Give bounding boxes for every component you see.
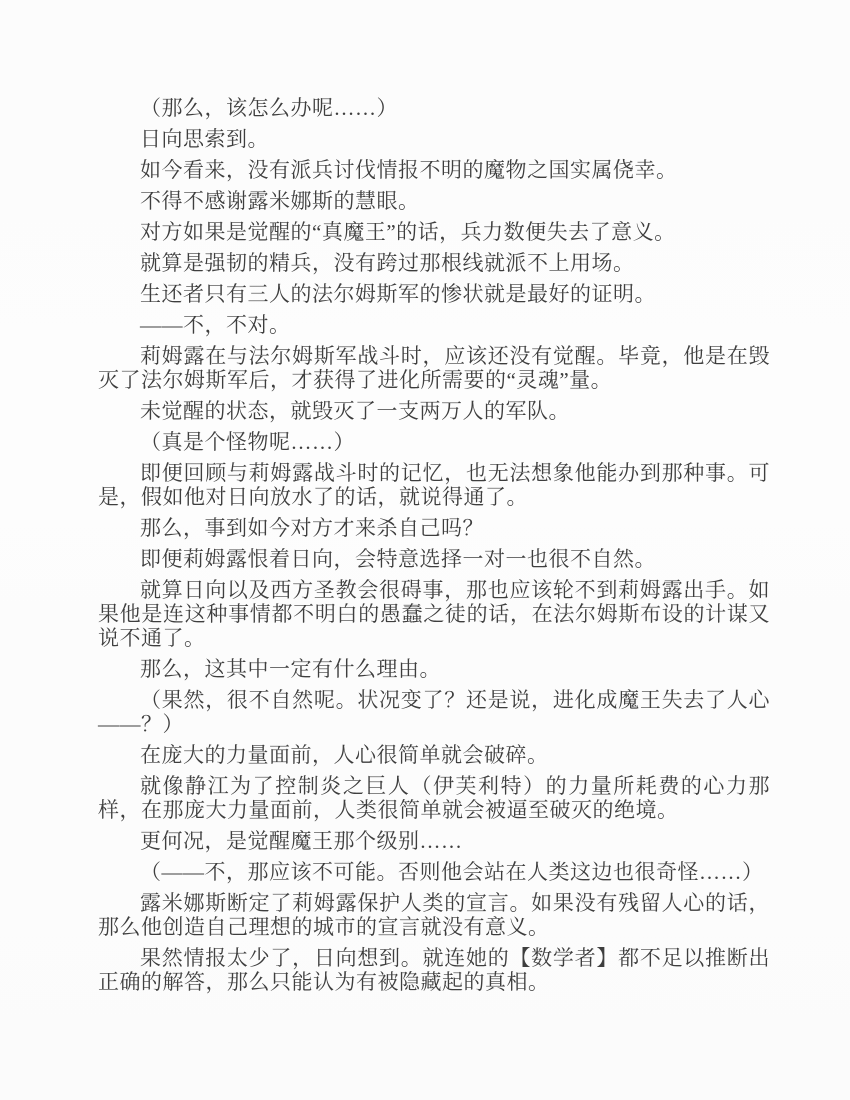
- paragraph: 露米娜斯断定了莉姆露保护人类的宣言。如果没有残留人心的话，那么他创造自己理想的城…: [98, 891, 770, 939]
- paragraph: （——不，那应该不可能。否则他会站在人类这边也很奇怪……）: [98, 860, 770, 884]
- paragraph: 即便莉姆露恨着日向，会特意选择一对一也很不自然。: [98, 547, 770, 571]
- novel-scan-page: （那么，该怎么办呢……） 日向思索到。 如今看来，没有派兵讨伐情报不明的魔物之国…: [0, 0, 850, 1100]
- paragraph: （果然，很不自然呢。状况变了？还是说，进化成魔王失去了人心——？）: [98, 688, 770, 736]
- text-column: （那么，该怎么办呢……） 日向思索到。 如今看来，没有派兵讨伐情报不明的魔物之国…: [98, 96, 770, 994]
- paragraph: ——不，不对。: [98, 313, 770, 337]
- paragraph: （那么，该怎么办呢……）: [98, 96, 770, 120]
- paragraph: 就像静江为了控制炎之巨人（伊芙利特）的力量所耗费的心力那样，在那庞大力量面前，人…: [98, 774, 770, 822]
- paragraph: 果然情报太少了，日向想到。就连她的【数学者】都不足以推断出正确的解答，那么只能认…: [98, 946, 770, 994]
- paragraph: 即便回顾与莉姆露战斗时的记忆，也无法想象他能办到那种事。可是，假如他对日向放水了…: [98, 461, 770, 509]
- paragraph: 那么，事到如今对方才来杀自己吗？: [98, 516, 770, 540]
- paragraph: 不得不感谢露米娜斯的慧眼。: [98, 189, 770, 213]
- paragraph: 莉姆露在与法尔姆斯军战斗时，应该还没有觉醒。毕竟，他是在毁灭了法尔姆斯军后，才获…: [98, 344, 770, 392]
- paragraph: （真是个怪物呢……）: [98, 430, 770, 454]
- paragraph: 就算日向以及西方圣教会很碍事，那也应该轮不到莉姆露出手。如果他是连这种事情都不明…: [98, 578, 770, 650]
- paragraph: 在庞大的力量面前，人心很简单就会破碎。: [98, 743, 770, 767]
- paragraph: 那么，这其中一定有什么理由。: [98, 657, 770, 681]
- paragraph: 日向思索到。: [98, 127, 770, 151]
- paragraph: 更何况，是觉醒魔王那个级别……: [98, 829, 770, 853]
- paragraph: 如今看来，没有派兵讨伐情报不明的魔物之国实属侥幸。: [98, 158, 770, 182]
- paragraph: 未觉醒的状态，就毁灭了一支两万人的军队。: [98, 399, 770, 423]
- paragraph: 就算是强韧的精兵，没有跨过那根线就派不上用场。: [98, 251, 770, 275]
- paragraph: 生还者只有三人的法尔姆斯军的惨状就是最好的证明。: [98, 282, 770, 306]
- paragraph: 对方如果是觉醒的“真魔王”的话，兵力数便失去了意义。: [98, 220, 770, 244]
